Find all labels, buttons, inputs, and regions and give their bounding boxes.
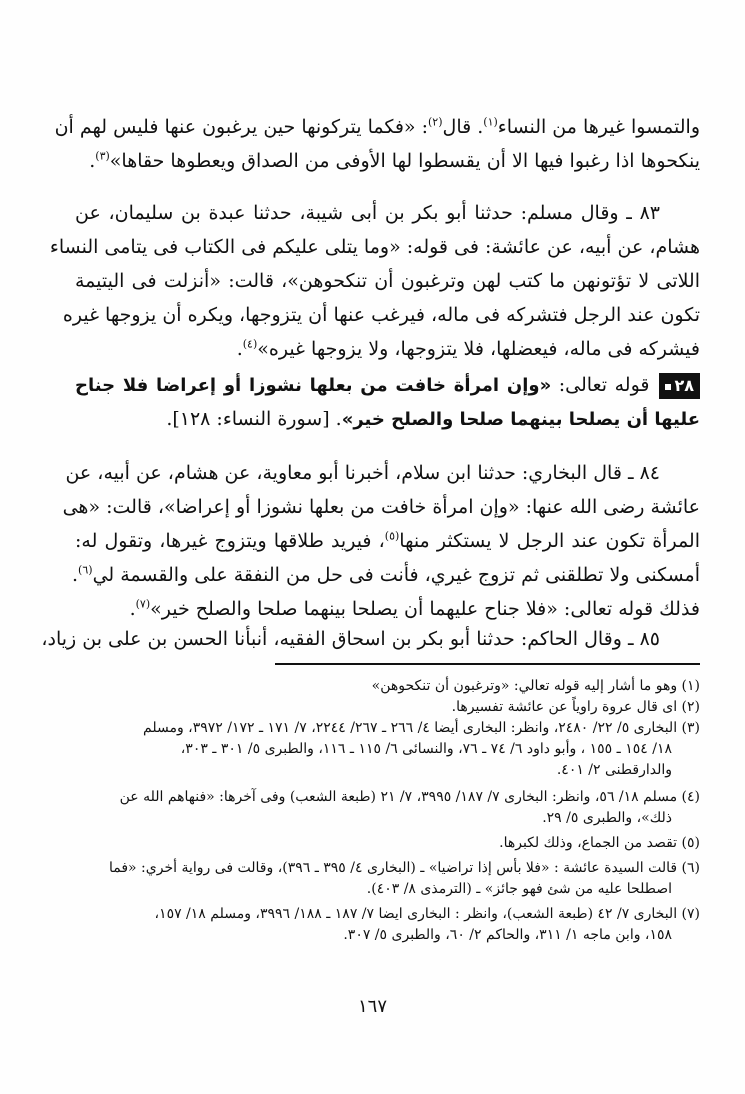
footnote-ref-3[interactable]: (٣) bbox=[95, 150, 110, 163]
text-line: أمسكنى ولا تطلقنى ثم تزوج غيري، فأنت فى … bbox=[75, 558, 700, 592]
text-line: تكون عند الرجل فتشركه فى ماله، فيرغب عنه… bbox=[75, 298, 700, 332]
footnote-4-cont: ذلك»، والطبرى ٥/ ٢٩. bbox=[75, 808, 700, 829]
text-run: فيشركه فى ماله، فيعضلها، فلا يتزوجها، ول… bbox=[257, 338, 700, 360]
footnote-separator bbox=[275, 663, 700, 665]
surah-reference: . [سورة النساء: ١٢٨]. bbox=[166, 408, 341, 430]
text-line: عليها أن يصلحا بينهما صلحا والصلح خير». … bbox=[75, 402, 700, 436]
book-page: والتمسوا غيرها من النساء(١). قال(٢): «فك… bbox=[0, 0, 745, 1094]
page-number: ١٦٧ bbox=[0, 996, 745, 1017]
square-icon bbox=[665, 384, 671, 390]
text-run: أمسكنى ولا تطلقنى ثم تزوج غيري، فأنت فى … bbox=[93, 564, 700, 586]
text-run: . قال bbox=[443, 116, 484, 138]
footnote-3-cont: ١٨/ ١٥٤ ـ ١٥٥ ، وأبو داود ٦/ ٧٤ ـ ٧٦، وا… bbox=[75, 739, 700, 760]
footnote-ref-4[interactable]: (٤) bbox=[243, 338, 258, 351]
footnote-ref-5[interactable]: (٥) bbox=[385, 530, 400, 543]
hadith-85: ٨٥ ـ وقال الحاكم: حدثنا أبو بكر بن اسحاق… bbox=[75, 622, 700, 656]
section-number-badge: ٢٨ bbox=[659, 373, 700, 399]
footnote-7-cont: ١٥٨، وابن ماجه ١/ ٣١١، والحاكم ٢/ ٦٠، وا… bbox=[75, 925, 700, 946]
footnote-7: (٧) البخارى ٧/ ٤٢ (طبعة الشعب)، وانظر : … bbox=[75, 904, 700, 925]
footnote-6: (٦) قالت السيدة عائشة : «فلا بأس إذا ترا… bbox=[75, 858, 700, 879]
footnote-5: (٥) تقصد من الجماع، وذلك لكبرها. bbox=[75, 833, 700, 854]
footnote-ref-2[interactable]: (٢) bbox=[428, 116, 443, 129]
text-run: المرأة تكون عند الرجل لا يستكثر منها bbox=[399, 530, 700, 552]
text-line: ٨٤ ـ قال البخاري: حدثنا ابن سلام، أخبرنا… bbox=[75, 456, 700, 490]
footnote-ref-1[interactable]: (١) bbox=[483, 116, 498, 129]
text-line: ٨٥ ـ وقال الحاكم: حدثنا أبو بكر بن اسحاق… bbox=[75, 622, 700, 656]
footnotes: (١) وهو ما أشار إليه قوله تعالي: «وترغبو… bbox=[75, 676, 700, 946]
text-line: عائشة رضى الله عنها: «وإن امرأة خافت من … bbox=[75, 490, 700, 524]
footnote-3: (٣) البخارى ٥/ ٢٢/ ٢٤٨٠، وانظر: البخارى … bbox=[75, 718, 700, 739]
text-line: والتمسوا غيرها من النساء(١). قال(٢): «فك… bbox=[75, 110, 700, 144]
footnote-6-cont: اصطلحا عليه من شئ فهو جائز» ـ (الترمذى ٨… bbox=[75, 879, 700, 900]
footnote-3-cont: والدارقطنى ٢/ ٤٠١. bbox=[75, 760, 700, 781]
footnote-ref-6[interactable]: (٦) bbox=[78, 564, 93, 577]
text-run: فذلك قوله تعالى: «فلا جناح عليهما أن يصل… bbox=[150, 598, 700, 620]
footnote-1: (١) وهو ما أشار إليه قوله تعالي: «وترغبو… bbox=[75, 676, 700, 697]
text-line: ٢٨قوله تعالى: «وإن امرأة خافت من بعلها ن… bbox=[75, 368, 700, 402]
footnote-ref-7[interactable]: (٧) bbox=[136, 598, 151, 611]
footnote-2: (٢) اى قال عروة راوياً عن عائشة تفسيرها. bbox=[75, 697, 700, 718]
text-run: ينكحوها اذا رغبوا فيها الا أن يقسطوا لها… bbox=[110, 150, 700, 172]
section-28-heading: ٢٨قوله تعالى: «وإن امرأة خافت من بعلها ن… bbox=[75, 368, 700, 436]
text-run: ، فيريد طلاقها ويتزوج غيرها، وتقول له: bbox=[75, 530, 385, 552]
quran-verse: «وإن امرأة خافت من بعلها نشوزا أو إعراضا… bbox=[75, 375, 551, 396]
hadith-84: ٨٤ ـ قال البخاري: حدثنا ابن سلام، أخبرنا… bbox=[75, 456, 700, 626]
footnote-4: (٤) مسلم ١٨/ ٥٦، وانظر: البخارى ٧/ ١٨٧/ … bbox=[75, 787, 700, 808]
text-run: والتمسوا غيرها من النساء bbox=[498, 116, 700, 138]
text-line: هشام، عن أبيه، عن عائشة: فى قوله: «وما ي… bbox=[75, 230, 700, 264]
text-line: ٨٣ ـ وقال مسلم: حدثنا أبو بكر بن أبى شيب… bbox=[75, 196, 700, 230]
text-run: قوله تعالى: bbox=[551, 374, 649, 396]
hadith-83: ٨٣ ـ وقال مسلم: حدثنا أبو بكر بن أبى شيب… bbox=[75, 196, 700, 366]
text-line: اللاتى لا تؤتونهن ما كتب لهن وترغبون أن … bbox=[75, 264, 700, 298]
quran-verse: عليها أن يصلحا بينهما صلحا والصلح خير» bbox=[342, 409, 700, 430]
paragraph-continuation: والتمسوا غيرها من النساء(١). قال(٢): «فك… bbox=[75, 110, 700, 178]
section-number: ٢٨ bbox=[674, 376, 694, 395]
text-line: فيشركه فى ماله، فيعضلها، فلا يتزوجها، ول… bbox=[75, 332, 700, 366]
text-line: المرأة تكون عند الرجل لا يستكثر منها(٥)،… bbox=[75, 524, 700, 558]
text-line: فذلك قوله تعالى: «فلا جناح عليهما أن يصل… bbox=[75, 592, 700, 626]
text-run: : «فكما يتركونها حين يرغبون عنها فليس له… bbox=[55, 116, 428, 138]
text-line: ينكحوها اذا رغبوا فيها الا أن يقسطوا لها… bbox=[75, 144, 700, 178]
